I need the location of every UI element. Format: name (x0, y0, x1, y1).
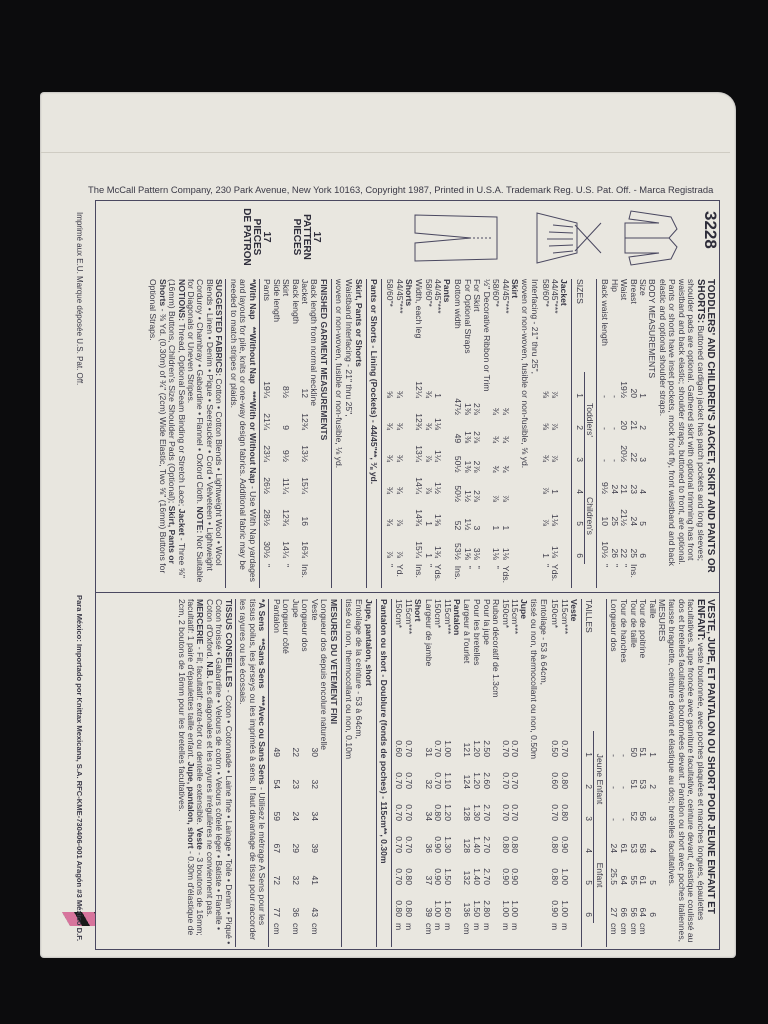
finished-section-fr: MESURES DU VETEMENT FINI Longueur dos de… (271, 599, 342, 947)
skirt-sketch-icon (533, 209, 603, 267)
unit: Yds. (550, 564, 560, 588)
cell-value: 1⅝ (462, 536, 472, 565)
unit (300, 923, 310, 947)
row-label: Longueur dos (609, 599, 619, 731)
shorts-heading: Shorts (404, 279, 414, 588)
pants-sketch-icon (411, 209, 501, 267)
cell-value: 1 (647, 731, 657, 763)
unit: " (540, 564, 550, 588)
table-row: For Skirt2⅞2⅞2⅞2⅞33⅛" (472, 279, 482, 588)
cell-value: 20½ (619, 436, 629, 468)
cell-value (300, 827, 310, 859)
unit: cm (290, 923, 300, 947)
cell-value: 0.70 (433, 763, 443, 795)
rotated-content: 3228 17 PATTERN PIECES (96, 201, 720, 950)
description-fr: VESTE, JUPE, ET PANTALON OU SHORT POUR J… (667, 599, 715, 947)
size-cell: 1 (574, 372, 584, 404)
yardage-section-fr: Veste 115cm***0.700.800.800.901.001.00m1… (394, 599, 582, 947)
size-cell: 2 (574, 404, 584, 436)
row-label: Largeur à l'ourlet (462, 599, 472, 731)
cell-value (271, 404, 281, 436)
table-row: Size123456 (638, 279, 648, 588)
entoilage-line-2: tissé ou non, thermocollant ou non, 0.10… (344, 599, 354, 947)
vetement-fini-sub: Longueur dos depuis encolure naturelle (319, 599, 329, 947)
cell-value: 5 (638, 500, 648, 532)
notions-jacket-label: Jacket (177, 509, 187, 536)
cell-value: 51 (628, 763, 638, 795)
cell-value: ¾ (491, 421, 501, 449)
row-label: 150cm* (549, 599, 559, 731)
cell-value (481, 421, 491, 449)
unit: cm (638, 923, 648, 947)
table-row: 150cm*0.700.700.700.800.901.00m (500, 599, 510, 947)
unit: " (599, 564, 609, 588)
cell-value: 1⅜ (462, 421, 472, 449)
cell-value: 43 (309, 891, 319, 923)
cell-value: 23 (290, 763, 300, 795)
cell-value: 25 (628, 532, 638, 564)
unit: cm (628, 923, 638, 947)
row-label: Hip (609, 279, 619, 372)
unit (638, 564, 648, 588)
row-label: For Optional Straps (462, 279, 472, 391)
table-row: 115cm***1.001.101.201.301.501.60m (442, 599, 452, 947)
cell-value: 132 (462, 859, 472, 891)
jacket-interfacing-2: woven or non-woven, fusible or non-fusib… (520, 279, 530, 588)
table-row: 115cm***0.700.700.700.800.901.00m (510, 599, 520, 947)
cell-value: 53½ (452, 536, 462, 565)
cell-value: 1⅜ (462, 391, 472, 420)
cell-value: 24 (609, 827, 619, 859)
cell-value: 11¼ (281, 468, 291, 500)
cell-value: 1⅛ (433, 404, 443, 436)
size-cell: 2 (584, 763, 594, 795)
avec-ou-sans-sens: ***Avec ou Sans Sens (257, 696, 267, 785)
cell-value (491, 763, 501, 795)
tailles-label: TAILLES (584, 599, 594, 731)
veste-table: 115cm***0.700.800.800.901.001.00m150cm*0… (549, 599, 568, 947)
cell-value: ⅞ (550, 404, 560, 436)
cell-value: ¾ (385, 404, 395, 436)
cell-value: ¾ (394, 436, 404, 468)
entoilage-heading: Jupe, pantalon, short (364, 599, 374, 947)
unit: " (262, 564, 272, 588)
cell-value (281, 731, 291, 763)
group-toddlers: Toddlers' (584, 372, 594, 468)
cell-value: 1.00 (500, 891, 510, 923)
cell-value (281, 891, 291, 923)
cell-value: 1 (423, 532, 433, 564)
cell-value: 0.90 (510, 859, 520, 891)
cell-value: 0.80 (404, 859, 414, 891)
cell-value: 5 (647, 859, 657, 891)
cell-value: 12¾ (300, 404, 310, 436)
row-label: Pants (262, 279, 272, 372)
table-row: Width, each leg12¼12¾13¼14¼14¾15¼Ins. (414, 279, 424, 588)
cell-value: 2.70 (481, 827, 491, 859)
cell-value: 32 (290, 859, 300, 891)
cell-value: 1¼ (433, 436, 443, 468)
cell-value: 0.70 (549, 795, 559, 827)
cell-value: 21½ (619, 500, 629, 532)
cell-value: 1.40 (471, 827, 481, 859)
unit: Yds. (500, 566, 510, 588)
description-text-en: Buttoned cardigan jacket has patch pocke… (658, 279, 706, 566)
table-row: 44/45"***¾¾¾¾⅞⅞Yd. (394, 279, 404, 588)
cell-value: ¾ (394, 404, 404, 436)
cell-value: 3⅛ (472, 536, 482, 565)
table-row: Ruban décoratif de 1.3cm (491, 599, 501, 947)
cell-value: - (609, 372, 619, 404)
table-row: Pants19¼21¼23¼26½28½30½" (262, 279, 272, 588)
cell-value: 1.20 (442, 795, 452, 827)
cell-value: ¾ (385, 468, 395, 500)
cell-value: 1.10 (442, 763, 452, 795)
row-label: 44/45"*** (500, 279, 510, 391)
cell-value: 13¼ (414, 436, 424, 468)
cell-value: 47½ (452, 391, 462, 420)
cell-value: 2.80 (481, 891, 491, 923)
cell-value: 0.70 (510, 731, 520, 763)
cell-value: 2.70 (481, 795, 491, 827)
cell-value: 121 (462, 731, 472, 763)
cell-value (300, 763, 310, 795)
cell-value (271, 436, 281, 468)
cell-value: ⅞ (385, 532, 395, 564)
cell-value: 77 (271, 891, 281, 923)
cell-value: 23 (628, 468, 638, 500)
cell-value: 20 (619, 404, 629, 436)
cell-value: - (599, 372, 609, 404)
cell-value: 16 (300, 500, 310, 532)
row-label: Tour de hanches (618, 599, 628, 731)
row-label: 58/60"* (385, 279, 395, 372)
finished-sub: Back length from normal neckline (310, 279, 320, 588)
table-row: 44/45"***11⅛1¼1½1⅝1¾Yds. (433, 279, 443, 588)
cell-value: 1½ (433, 468, 443, 500)
cell-value: 0.70 (394, 859, 404, 891)
cell-value: 1 (550, 468, 560, 500)
cell-value: ⅞ (500, 479, 510, 508)
unit: cm (423, 923, 433, 947)
cell-value (290, 404, 300, 436)
interfacing-section-fr: Jupe, pantalon, short Entoilage de la ce… (344, 599, 377, 947)
mercerie-veste-label: Veste (196, 827, 206, 849)
mercerie-jupe-label: Jupe, pantalon, short (186, 762, 196, 849)
cell-value: 1 (491, 508, 501, 536)
sizes-header-en: Toddlers'Children's SIZES123456 (574, 279, 597, 588)
lining-line: Pants or Shorts - Lining (Pockets) - 44/… (370, 279, 383, 588)
finished-table: Jacket1212¾13½15¼1616¾Ins.Back lengthSki… (262, 279, 310, 588)
cell-value: - (609, 404, 619, 436)
nb-text: Les diagonales et les rayures irrégulièr… (205, 681, 215, 917)
size-cell: 6 (574, 532, 584, 564)
notions-text: Thread, Optional Seam Binding or Stretch… (177, 323, 187, 506)
cell-value: 12 (300, 372, 310, 404)
cell-value: 19½ (619, 372, 629, 404)
cell-value: 36 (423, 827, 433, 859)
unit: " (281, 564, 291, 588)
interfacing-line-2: woven or non-woven, fusible or non-fusib… (335, 279, 345, 588)
cell-value: ¾ (394, 372, 404, 404)
veste-entoilage-2: tissé ou non, thermocollant ou non, 0.50… (529, 599, 539, 947)
cell-value: 24 (290, 795, 300, 827)
cell-value: 0.80 (559, 763, 569, 795)
fabrics-en: SUGGESTED FABRICS: Cotton • Cotton Blend… (148, 279, 226, 588)
table-row: Waist19½2020½2121½22" (619, 279, 629, 588)
table-row: Veste303234394143cm (309, 599, 319, 947)
table-row: Back waist length---9½1010½" (599, 279, 609, 588)
cell-value: ¾ (540, 436, 550, 468)
cell-value: 9½ (599, 468, 609, 500)
cell-value: 1 (433, 372, 443, 404)
cell-value: 22 (619, 532, 629, 564)
cell-value: 2⅞ (472, 391, 482, 420)
cell-value: 64 (618, 859, 628, 891)
row-label: Width, each leg (414, 279, 424, 372)
unit (491, 923, 501, 947)
table-row: Hip---242526" (609, 279, 619, 588)
table-row: Pantalon495459677277cm (271, 599, 281, 947)
cell-value (290, 372, 300, 404)
cell-value: 52 (452, 508, 462, 536)
cell-value: 15¼ (300, 468, 310, 500)
cell-value: 64 (638, 891, 648, 923)
table-row: Pour les bretelles1.201.201.301.401.401.… (471, 599, 481, 947)
cell-value: 0.80 (549, 827, 559, 859)
pattern-pieces-count: 17 PATTERN PIECES (291, 201, 321, 273)
cell-value: 14¾ (414, 500, 424, 532)
cell-value: 1.20 (471, 763, 481, 795)
cell-value: 37 (423, 859, 433, 891)
cell-value: 136 (462, 891, 472, 923)
doublure-line: Pantalon ou short - Doublure (fonds de p… (379, 599, 392, 947)
sizes-header-fr: Jeune EnfantEnfant TAILLES123456 (584, 599, 607, 947)
publisher-line: The McCall Pattern Company, 230 Park Ave… (88, 184, 728, 195)
unit: " (619, 564, 629, 588)
cell-value: 39 (309, 827, 319, 859)
cell-value (290, 532, 300, 564)
cell-value: 66 (618, 891, 628, 923)
cell-value: 0.90 (500, 859, 510, 891)
cell-value (481, 449, 491, 478)
cell-value: 26½ (262, 468, 272, 500)
cell-value: 1.40 (471, 859, 481, 891)
cell-value: - (599, 436, 609, 468)
cell-value: 0.90 (433, 859, 443, 891)
unit: " (609, 564, 619, 588)
cell-value (300, 795, 310, 827)
cell-value (290, 436, 300, 468)
row-label: Longueur dos (300, 599, 310, 731)
jupe-heading: Jupe (519, 599, 529, 947)
cell-value (481, 391, 491, 420)
table-row: 58/60"*⅝¾¾¾¾⅞" (385, 279, 395, 588)
pieces-de-patron-count: 17 PIECES DE PATRON (241, 201, 271, 273)
cell-value (271, 500, 281, 532)
cell-value (300, 731, 310, 763)
cell-value: 56 (638, 795, 648, 827)
cell-value: 1.30 (442, 827, 452, 859)
cell-value: ⅞ (550, 436, 560, 468)
cell-value: 39 (423, 891, 433, 923)
pattern-number: 3228 (705, 211, 715, 249)
unit: cm (271, 923, 281, 947)
short-table: 115cm***0.700.700.700.700.800.80m150cm*0… (394, 599, 413, 947)
cell-value: ¾ (500, 449, 510, 478)
cell-value: 1⅛ (491, 536, 501, 565)
table-row: Tour de hanches---616466cm (618, 599, 628, 947)
cell-value: ¾ (491, 391, 501, 420)
unit: Ins. (300, 564, 310, 588)
cell-value: 54 (271, 763, 281, 795)
cell-value: 9 (281, 404, 291, 436)
row-label: Pantalon (271, 599, 281, 731)
unit: m (500, 923, 510, 947)
table-row: Bottom width47½4950½50½5253½Ins. (452, 279, 462, 588)
row-label: Back length (290, 279, 300, 372)
cell-value: - (599, 404, 609, 436)
cell-value: 1.20 (471, 731, 481, 763)
cell-value (281, 763, 291, 795)
jupe-table: 115cm***0.700.700.700.800.901.00m150cm*0… (462, 599, 520, 947)
row-label: Pour les bretelles (471, 599, 481, 731)
cell-value: 0.60 (549, 763, 559, 795)
unit: Yd. (394, 564, 404, 588)
cell-value: 2⅞ (472, 479, 482, 508)
cell-value: ¾ (423, 372, 433, 404)
mercerie-heading: MERCERIE (196, 599, 206, 644)
cell-value: 15¼ (414, 532, 424, 564)
table-row: 115cm***0.700.700.700.700.800.80m (404, 599, 414, 947)
row-label: Tour de taille (628, 599, 638, 731)
veste-heading: Veste (569, 599, 579, 947)
skirt-table: 44/45"***¾¾¾⅞11⅛Yds.58/60"*¾¾¾⅞11⅛"½" De… (452, 279, 510, 588)
row-label: Skirt (281, 279, 291, 372)
cell-value: - (618, 731, 628, 763)
cell-value: 0.70 (559, 731, 569, 763)
table-row: Skirt8½99½11¼12¾14¼" (281, 279, 291, 588)
row-label: ½" Decorative Ribbon or Trim (481, 279, 491, 391)
cell-value (481, 508, 491, 536)
pantalon-heading: Pantalon (452, 599, 462, 947)
row-label: Jacket (300, 279, 310, 372)
jacket-interfacing: Interfacing - 21" thru 25", (530, 279, 540, 588)
table-row: Tour de poitrine515356586164cm (638, 599, 648, 947)
imprint-en: Imprimé aux E.U. Marque déposée U.S. Pat… (75, 212, 84, 385)
cell-value (491, 859, 501, 891)
envelope-flap-fold (40, 152, 730, 153)
cell-value: ¾ (423, 404, 433, 436)
sans-sens: **Sans Sens (257, 638, 267, 688)
unit: Ins. (452, 566, 462, 588)
cell-value: 23¼ (262, 436, 272, 468)
row-label: Ruban décoratif de 1.3cm (491, 599, 501, 731)
unit: cm (609, 923, 619, 947)
cell-value: 4 (647, 827, 657, 859)
unit: m (394, 923, 404, 947)
table-row: Longueur dos---2425.527cm (609, 599, 619, 947)
row-label: 58/60"* (423, 279, 433, 372)
unit: Yds. (433, 564, 443, 588)
cell-value (300, 891, 310, 923)
fabrics-heading: SUGGESTED FABRICS: (214, 279, 224, 376)
cell-value: 0.70 (500, 731, 510, 763)
size-cell: 1 (584, 731, 594, 763)
cell-value: ⅞ (423, 436, 433, 468)
cell-value: 0.80 (394, 891, 404, 923)
cell-value: ⅞ (540, 500, 550, 532)
cell-value (300, 859, 310, 891)
row-label: 44/45"*** (550, 279, 560, 372)
unit: " (491, 566, 501, 588)
nap-with: *With Nap (248, 279, 258, 320)
vetement-fini-table: Veste303234394143cmLongueur dosJupe22232… (271, 599, 319, 947)
cell-value: 1 (540, 532, 550, 564)
skirt-heading: Skirt (510, 279, 520, 588)
interfacing-heading: Skirt, Pants or Shorts (355, 279, 365, 588)
pieces-count-value-fr: 17 (261, 201, 271, 273)
cell-value: 22 (628, 436, 638, 468)
row-label: 115cm*** (510, 599, 520, 731)
table-row: ½" Decorative Ribbon or Trim (481, 279, 491, 588)
unit: m (471, 923, 481, 947)
cell-value: 49 (271, 731, 281, 763)
pants-heading: Pants (442, 279, 452, 588)
cell-value (491, 827, 501, 859)
unit: m (442, 923, 452, 947)
unit: Ins. (414, 564, 424, 588)
group-enfant: Enfant (594, 827, 604, 923)
cell-value: 3 (647, 795, 657, 827)
cell-value: 50½ (452, 479, 462, 508)
cell-value: 1.00 (510, 891, 520, 923)
row-label: 58/60"* (540, 279, 550, 372)
row-label: Pour la jupe (481, 599, 491, 731)
nap-without: **Without Nap (248, 327, 258, 384)
row-label: 58/60"* (491, 279, 501, 391)
english-main: TODDLERS' AND CHILDREN'S JACKET, SKIRT A… (148, 279, 720, 588)
unit: m (481, 923, 491, 947)
cell-value: 29 (290, 827, 300, 859)
cell-value: - (609, 763, 619, 795)
cell-value: 32 (309, 763, 319, 795)
row-label: 44/45"*** (394, 279, 404, 372)
cell-value: ⅞ (394, 500, 404, 532)
cell-value: 2.50 (481, 731, 491, 763)
cell-value: ¾ (385, 500, 395, 532)
cell-value (281, 795, 291, 827)
pattern-info-box: 3228 17 PATTERN PIECES (95, 200, 720, 950)
size-cell: 3 (584, 795, 594, 827)
cell-value: 0.70 (404, 763, 414, 795)
cell-value: - (609, 731, 619, 763)
cell-value: 6 (638, 532, 648, 564)
cell-value (271, 468, 281, 500)
cell-value: 2 (638, 404, 648, 436)
table-row: 44/45"***¾¾¾⅞11⅛Yds. (500, 279, 510, 588)
veste-entoilage: Entoilage - 53 à 64cm, (539, 599, 549, 947)
cell-value: 41 (309, 859, 319, 891)
pieces-label-1-fr: PIECES (251, 201, 261, 273)
cell-value: 12¾ (281, 500, 291, 532)
a-sens: *A Sens (257, 599, 267, 631)
nap-either: ***With or Without Nap (248, 391, 258, 483)
cell-value: 72 (271, 859, 281, 891)
cell-value (491, 795, 501, 827)
cell-value: 0.80 (559, 795, 569, 827)
cell-value: 0.90 (559, 827, 569, 859)
